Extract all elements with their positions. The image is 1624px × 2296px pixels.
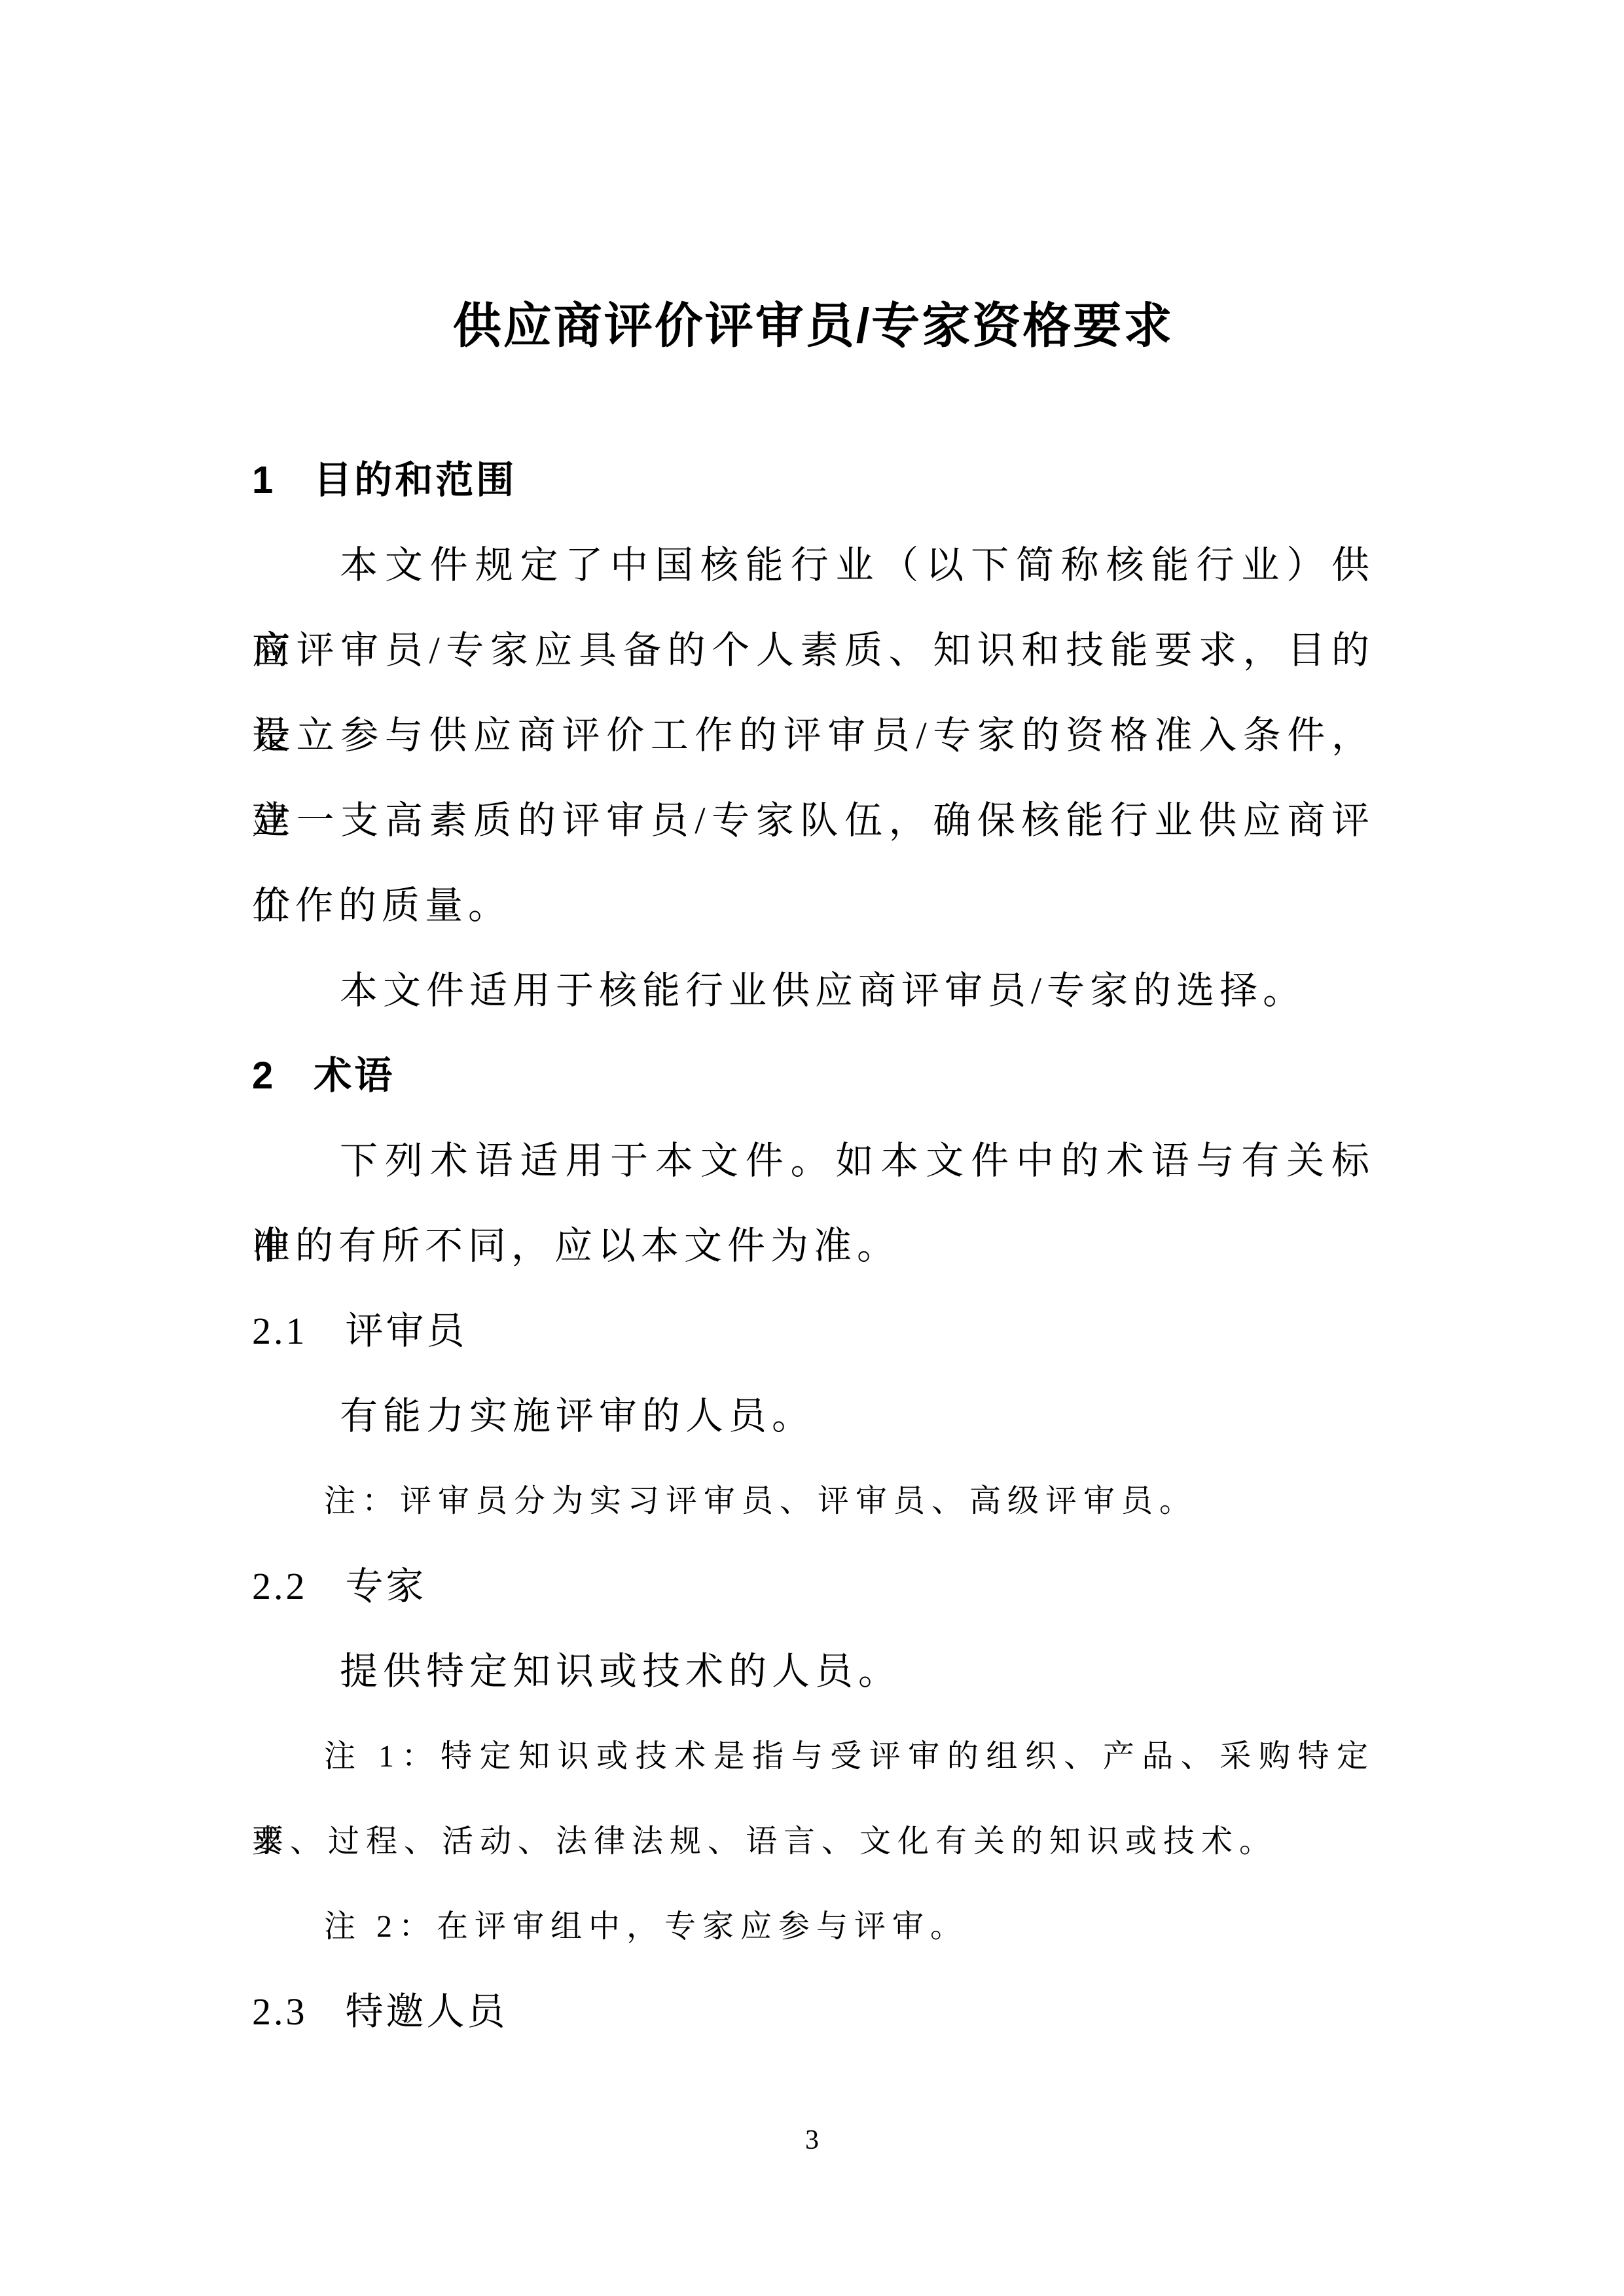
document-page: 供应商评价评审员/专家资格要求 1目的和范围 本文件规定了中国核能行业（以下简称… [0, 0, 1624, 2296]
note-line: 注 1：特定知识或技术是指与受评审的组织、产品、采购特定要 [252, 1714, 1375, 1799]
section-title-text: 术语 [314, 1054, 395, 1097]
section-heading-1: 1目的和范围 [252, 438, 1375, 523]
subsection-heading-2-1: 2.1评审员 [252, 1289, 1375, 1374]
paragraph-line: 商评审员/专家应具备的个人素质、知识和技能要求，目的是 [252, 608, 1375, 693]
subsection-title-text: 专家 [346, 1565, 427, 1607]
paragraph-line: 本文件规定了中国核能行业（以下简称核能行业）供应 [252, 523, 1375, 608]
paragraph-line: 立一支高素质的评审员/专家队伍，确保核能行业供应商评价 [252, 778, 1375, 863]
section-heading-2: 2术语 [252, 1033, 1375, 1119]
subsection-title-text: 评审员 [346, 1310, 467, 1352]
section-number: 1 [252, 438, 276, 523]
subsection-heading-2-3: 2.3特邀人员 [252, 1969, 1375, 2054]
subsection-number: 2.3 [252, 1969, 308, 2054]
subsection-number: 2.1 [252, 1289, 308, 1374]
note-line: 求、过程、活动、法律法规、语言、文化有关的知识或技术。 [252, 1799, 1375, 1884]
subsection-number: 2.2 [252, 1544, 308, 1629]
document-title: 供应商评价评审员/专家资格要求 [252, 0, 1375, 356]
definition-line: 提供特定知识或技术的人员。 [252, 1629, 1375, 1714]
document-content: 供应商评价评审员/专家资格要求 1目的和范围 本文件规定了中国核能行业（以下简称… [252, 0, 1375, 2054]
subsection-title-text: 特邀人员 [346, 1990, 508, 2033]
definition-line: 有能力实施评审的人员。 [252, 1374, 1375, 1459]
paragraph-line: 中的有所不同，应以本文件为准。 [252, 1204, 1375, 1289]
page-number: 3 [0, 2122, 1624, 2159]
note-line: 注 2：在评审组中，专家应参与评审。 [252, 1884, 1375, 1969]
paragraph-line: 本文件适用于核能行业供应商评审员/专家的选择。 [252, 948, 1375, 1033]
paragraph-line: 设立参与供应商评价工作的评审员/专家的资格准入条件，建 [252, 693, 1375, 778]
section-title-text: 目的和范围 [314, 459, 516, 501]
note-line: 注：评审员分为实习评审员、评审员、高级评审员。 [252, 1459, 1375, 1544]
paragraph-line: 工作的质量。 [252, 863, 1375, 948]
subsection-heading-2-2: 2.2专家 [252, 1544, 1375, 1629]
paragraph-line: 下列术语适用于本文件。如本文件中的术语与有关标准 [252, 1119, 1375, 1204]
section-number: 2 [252, 1033, 276, 1119]
